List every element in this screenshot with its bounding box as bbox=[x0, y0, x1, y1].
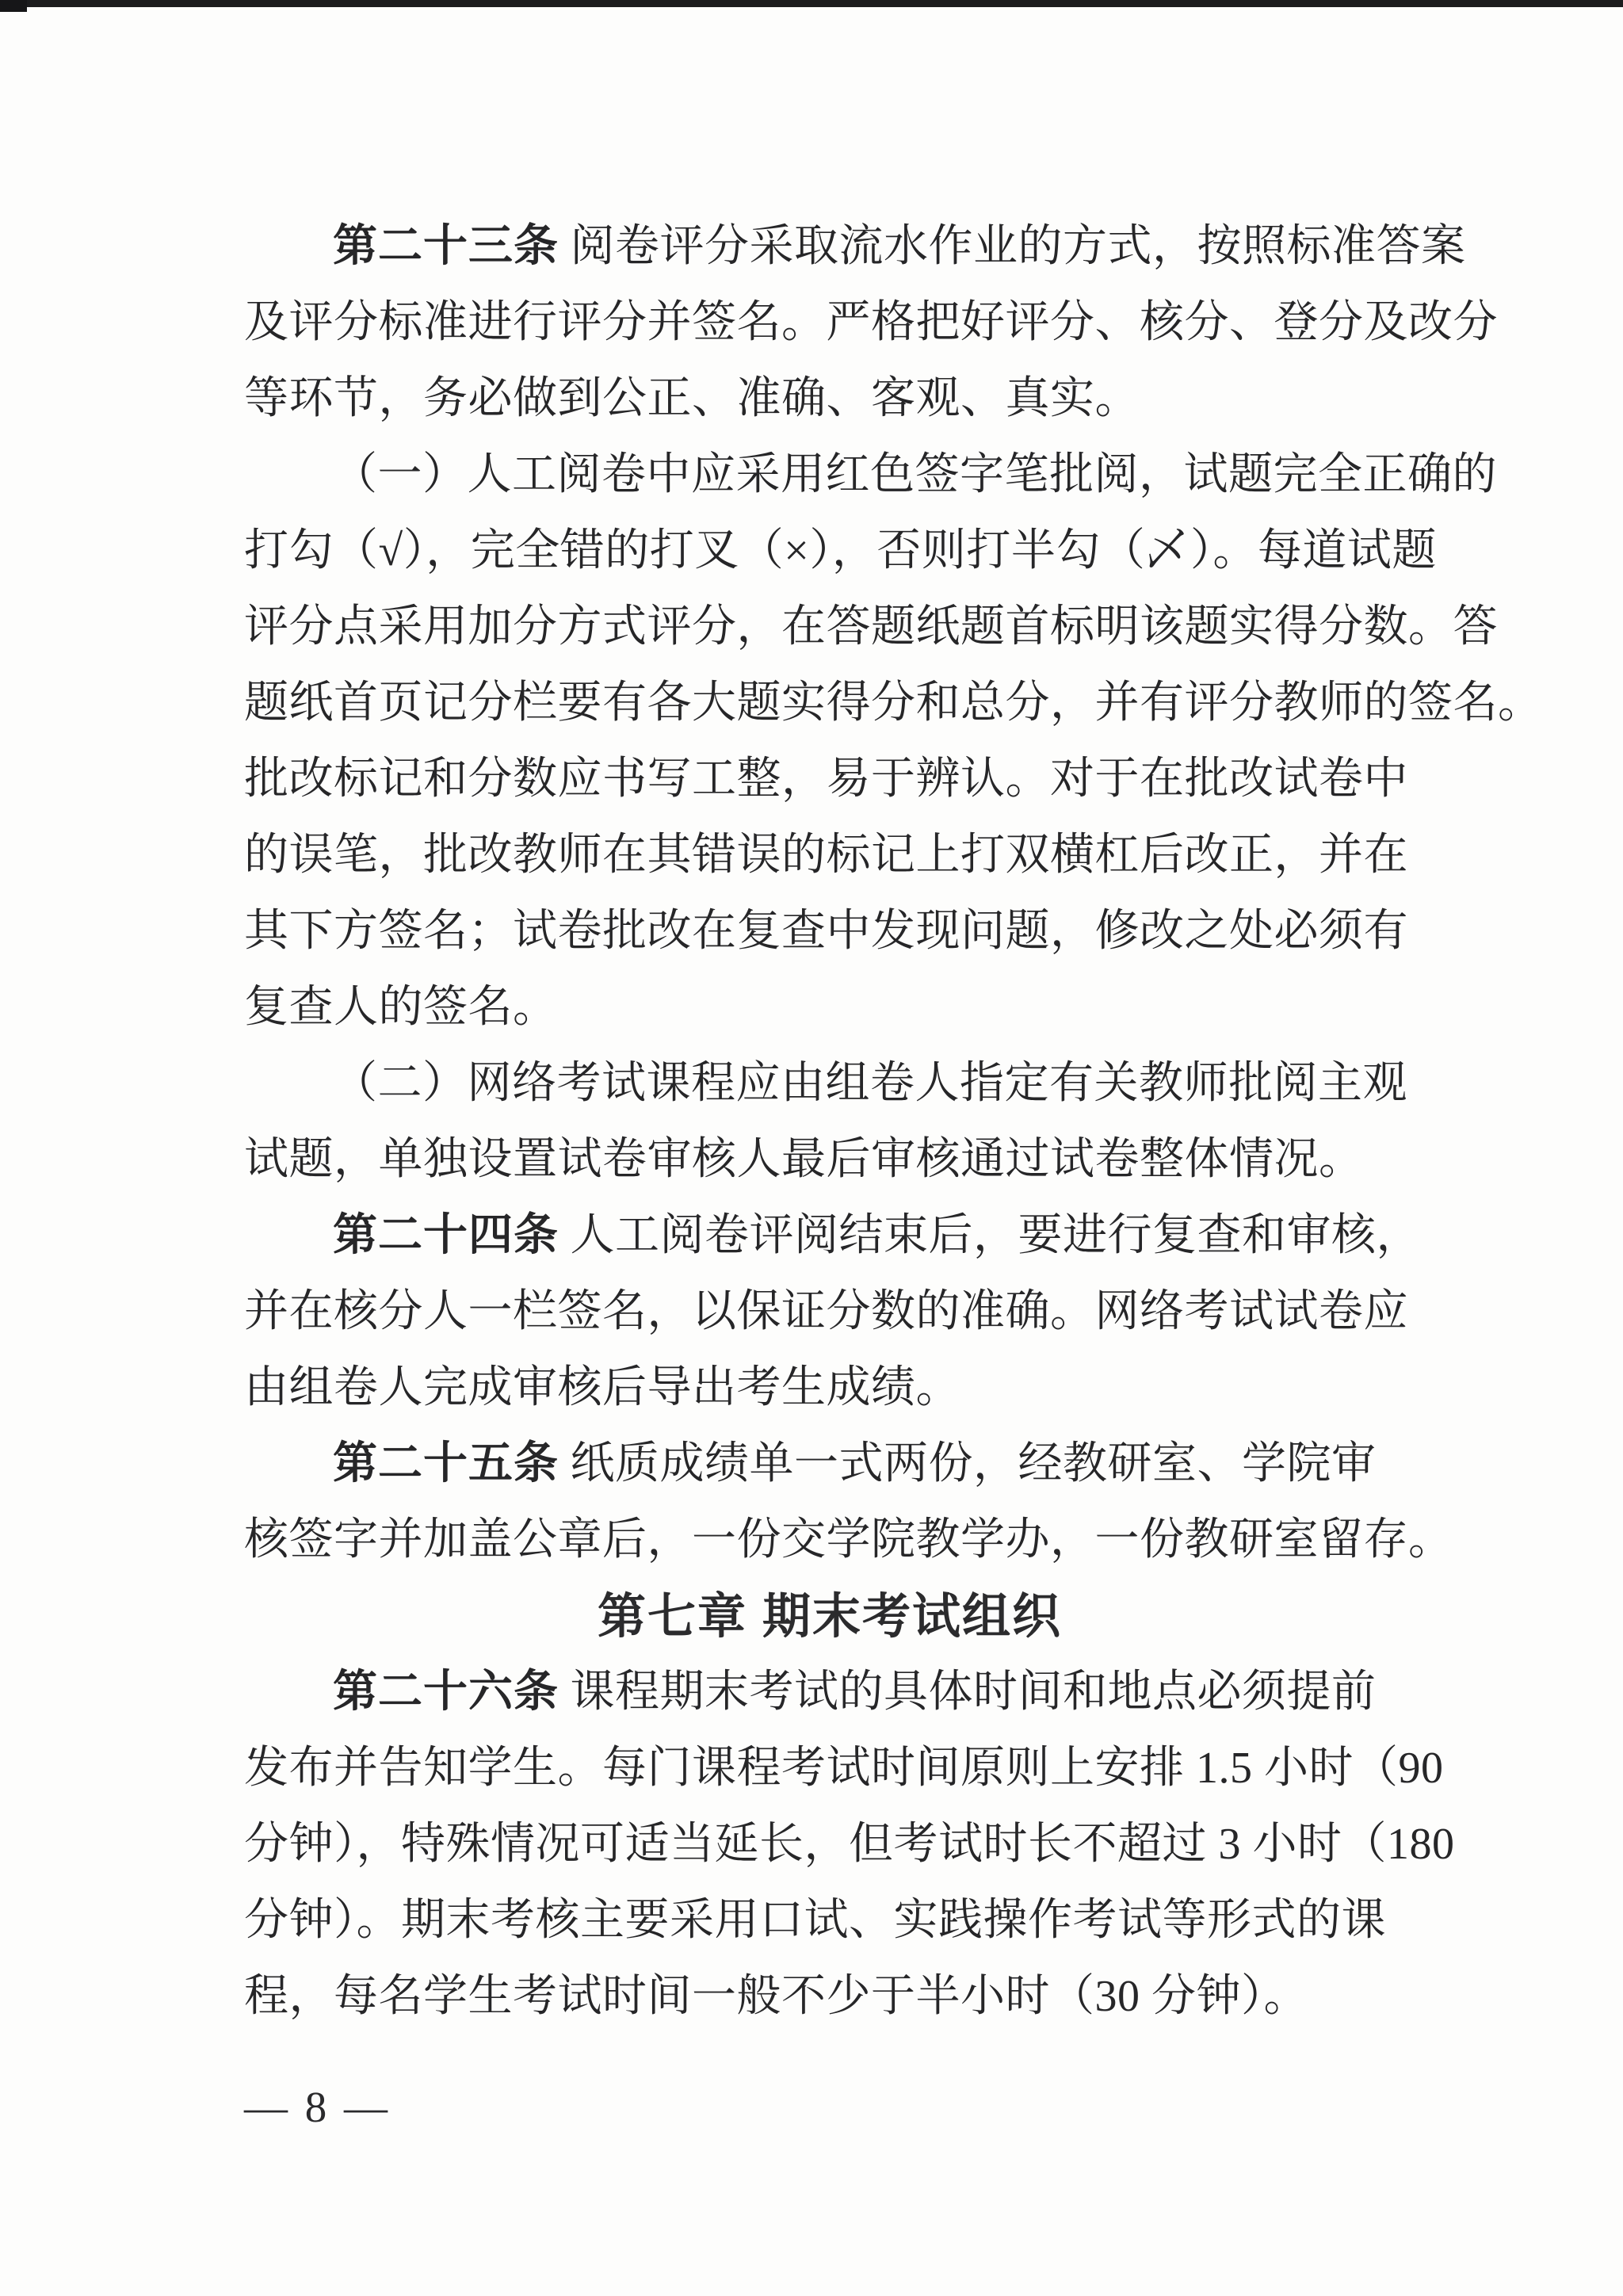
text-line-23: 分钟）。期末考核主要采用口试、实践操作考试等形式的课 bbox=[244, 1882, 1415, 1958]
text-line-16: 由组卷人完成审核后导出考生成绩。 bbox=[244, 1350, 1415, 1426]
text-segment: — 8 — bbox=[244, 2083, 391, 2131]
text-segment: 试题，单独设置试卷审核人最后审核通过试卷整体情况。 bbox=[244, 1135, 1364, 1184]
document-content: 第二十三条 阅卷评分采取流水作业的方式，按照标准答案及评分标准进行评分并签名。严… bbox=[244, 208, 1415, 2145]
text-segment: 分钟）。期末考核主要采用口试、实践操作考试等形式的课 bbox=[244, 1896, 1386, 1945]
text-line-8: 批改标记和分数应书写工整，易于辨认。对于在批改试卷中 bbox=[244, 741, 1415, 817]
text-line-3: 等环节，务必做到公正、准确、客观、真实。 bbox=[244, 361, 1415, 437]
text-segment: 等环节，务必做到公正、准确、客观、真实。 bbox=[244, 374, 1140, 423]
text-line-18: 核签字并加盖公章后，一份交学院教学办，一份教研室留存。 bbox=[244, 1502, 1415, 1578]
text-line-2: 及评分标准进行评分并签名。严格把好评分、核分、登分及改分 bbox=[244, 285, 1415, 361]
text-line-9: 的误笔，批改教师在其错误的标记上打双横杠后改正，并在 bbox=[244, 817, 1415, 893]
scan-top-edge-artifact bbox=[0, 0, 1623, 7]
text-line-20: 第二十六条 课程期末考试的具体时间和地点必须提前 bbox=[244, 1654, 1415, 1730]
text-line-1: 第二十三条 阅卷评分采取流水作业的方式，按照标准答案 bbox=[244, 208, 1415, 285]
text-segment: 由组卷人完成审核后导出考生成绩。 bbox=[244, 1363, 960, 1412]
text-segment: （一）人工阅卷中应采用红色签字笔批阅，试题完全正确的 bbox=[333, 450, 1497, 499]
text-segment: 发布并告知学生。每门课程考试时间原则上安排 1.5 小时（90 bbox=[244, 1744, 1444, 1793]
text-line-10: 其下方签名；试卷批改在复查中发现问题，修改之处必须有 bbox=[244, 893, 1415, 969]
text-segment: 阅卷评分采取流水作业的方式，按照标准答案 bbox=[559, 222, 1466, 271]
text-line-11: 复查人的签名。 bbox=[244, 969, 1415, 1045]
text-line-12: （二）网络考试课程应由组卷人指定有关教师批阅主观 bbox=[244, 1045, 1415, 1121]
text-line-21: 发布并告知学生。每门课程考试时间原则上安排 1.5 小时（90 bbox=[244, 1730, 1415, 1806]
text-segment: 打勾（√），完全错的打叉（×），否则打半勾（乄）。每道试题 bbox=[244, 526, 1437, 575]
text-segment: 程，每名学生考试时间一般不少于半小时（30 分钟）。 bbox=[244, 1972, 1308, 2021]
text-segment: 及评分标准进行评分并签名。严格把好评分、核分、登分及改分 bbox=[244, 298, 1498, 347]
text-line-14: 第二十四条 人工阅卷评阅结束后，要进行复查和审核， bbox=[244, 1198, 1415, 1274]
text-segment: 其下方签名；试卷批改在复查中发现问题，修改之处必须有 bbox=[244, 907, 1408, 956]
text-line-4: （一）人工阅卷中应采用红色签字笔批阅，试题完全正确的 bbox=[244, 437, 1415, 513]
article-number: 第二十五条 bbox=[333, 1439, 559, 1488]
page-number: — 8 — bbox=[244, 2069, 1415, 2145]
text-segment: 人工阅卷评阅结束后，要进行复查和审核， bbox=[559, 1211, 1421, 1260]
article-number: 第二十六条 bbox=[333, 1668, 559, 1717]
text-segment: （二）网络考试课程应由组卷人指定有关教师批阅主观 bbox=[333, 1059, 1407, 1108]
text-segment: 第七章 期末考试组织 bbox=[598, 1589, 1062, 1643]
text-segment: 并在核分人一栏签名，以保证分数的准确。网络考试试卷应 bbox=[244, 1287, 1408, 1336]
text-segment: 分钟），特殊情况可适当延长，但考试时长不超过 3 小时（180 bbox=[244, 1820, 1455, 1869]
text-line-22: 分钟），特殊情况可适当延长，但考试时长不超过 3 小时（180 bbox=[244, 1806, 1415, 1882]
text-segment: 核签字并加盖公章后，一份交学院教学办，一份教研室留存。 bbox=[244, 1515, 1453, 1564]
text-segment: 复查人的签名。 bbox=[244, 983, 558, 1032]
text-line-17: 第二十五条 纸质成绩单一式两份，经教研室、学院审 bbox=[244, 1426, 1415, 1502]
document-page: 第二十三条 阅卷评分采取流水作业的方式，按照标准答案及评分标准进行评分并签名。严… bbox=[0, 0, 1623, 2296]
chapter-heading: 第七章 期末考试组织 bbox=[244, 1578, 1415, 1654]
text-segment: 课程期末考试的具体时间和地点必须提前 bbox=[559, 1668, 1377, 1717]
text-segment: 纸质成绩单一式两份，经教研室、学院审 bbox=[559, 1439, 1377, 1488]
text-line-6: 评分点采用加分方式评分，在答题纸题首标明该题实得分数。答 bbox=[244, 589, 1415, 665]
text-line-15: 并在核分人一栏签名，以保证分数的准确。网络考试试卷应 bbox=[244, 1274, 1415, 1350]
scan-corner-artifact bbox=[0, 0, 27, 12]
article-number: 第二十四条 bbox=[333, 1211, 559, 1260]
text-line-24: 程，每名学生考试时间一般不少于半小时（30 分钟）。 bbox=[244, 1958, 1415, 2034]
text-segment: 题纸首页记分栏要有各大题实得分和总分，并有评分教师的签名。 bbox=[244, 678, 1543, 728]
text-line-13: 试题，单独设置试卷审核人最后审核通过试卷整体情况。 bbox=[244, 1121, 1415, 1198]
text-segment: 评分点采用加分方式评分，在答题纸题首标明该题实得分数。答 bbox=[244, 602, 1498, 651]
article-number: 第二十三条 bbox=[333, 222, 559, 271]
text-segment: 批改标记和分数应书写工整，易于辨认。对于在批改试卷中 bbox=[244, 755, 1408, 804]
text-segment: 的误笔，批改教师在其错误的标记上打双横杠后改正，并在 bbox=[244, 831, 1408, 880]
text-line-5: 打勾（√），完全错的打叉（×），否则打半勾（乄）。每道试题 bbox=[244, 513, 1415, 589]
text-line-7: 题纸首页记分栏要有各大题实得分和总分，并有评分教师的签名。 bbox=[244, 665, 1415, 741]
